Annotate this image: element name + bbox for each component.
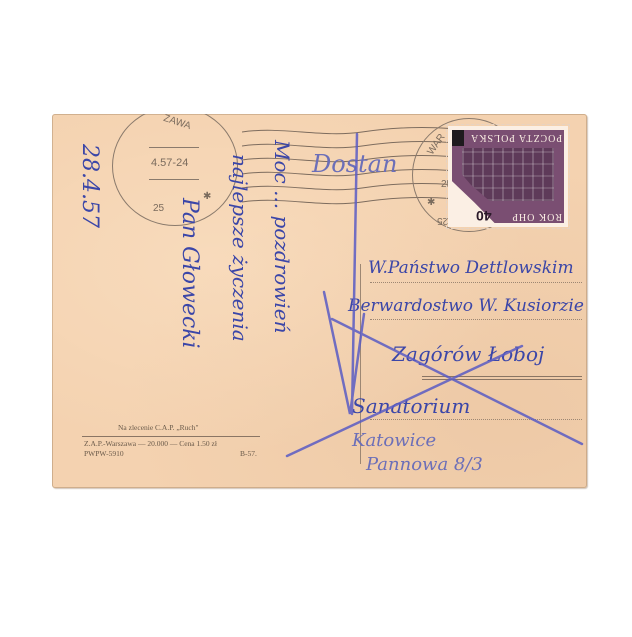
printed-rule	[82, 436, 260, 437]
postmark-left-city: ZAWA	[162, 114, 192, 132]
postmark-right-code: 25	[437, 215, 448, 226]
address-city: Katowice	[352, 430, 436, 451]
handwritten-date: 28.4.57	[77, 144, 102, 228]
stamp-country: POCZTA POLSKA	[470, 132, 562, 143]
address-line-two: Berwardostwo W. Kusiorzie	[348, 296, 584, 316]
postmark-left-code: 25	[153, 203, 164, 214]
greeting-line-2: najlepsze życzenia	[228, 154, 252, 342]
address-line-2	[370, 319, 582, 320]
postmark-right-city: WAR	[425, 132, 447, 157]
postmark-left-date: 4.57-24	[151, 157, 188, 169]
printed-print-line: Z.A.P.-Warszawa — 20.000 — Cena 1.50 zł	[84, 439, 217, 448]
address-line-1	[370, 282, 582, 283]
address-line-3b	[422, 379, 582, 380]
stamp-corner-mark	[452, 130, 464, 146]
stamp-label: ROK OHP	[488, 211, 562, 222]
address-line-4	[370, 419, 582, 420]
postmark-right-star: ✱	[427, 197, 435, 208]
postage-stamp: POCZTA POLSKA ROK OHP 40	[448, 126, 568, 227]
postmark-left-star: ✱	[203, 191, 211, 202]
address-town: Zagórów Łoboj	[392, 342, 544, 366]
postcard: ZAWA 4.57-24 25 ✱ WAR 25 25 ✱ POCZTA POL…	[52, 114, 587, 488]
printed-code-left: PWPW-5910	[84, 449, 124, 458]
greeting-line-1: Moc ... pozdrowień	[270, 140, 294, 334]
address-line-3a	[422, 376, 582, 377]
address-recipient: W.Państwo Dettlowskim	[368, 258, 574, 278]
postmark-left: ZAWA 4.57-24 25 ✱	[112, 114, 238, 226]
address-street: Pannowa 8/3	[366, 454, 483, 475]
stamp-value: 40	[476, 208, 492, 224]
printed-publisher: Na zlecenie C.A.P. „Ruch"	[118, 423, 199, 432]
greeting-signature: Pan Głowecki	[177, 198, 202, 349]
salutation: Dostan	[312, 150, 397, 178]
address-sanatorium: Sanatorium	[352, 394, 470, 418]
printed-code-right: B-57.	[240, 449, 257, 458]
